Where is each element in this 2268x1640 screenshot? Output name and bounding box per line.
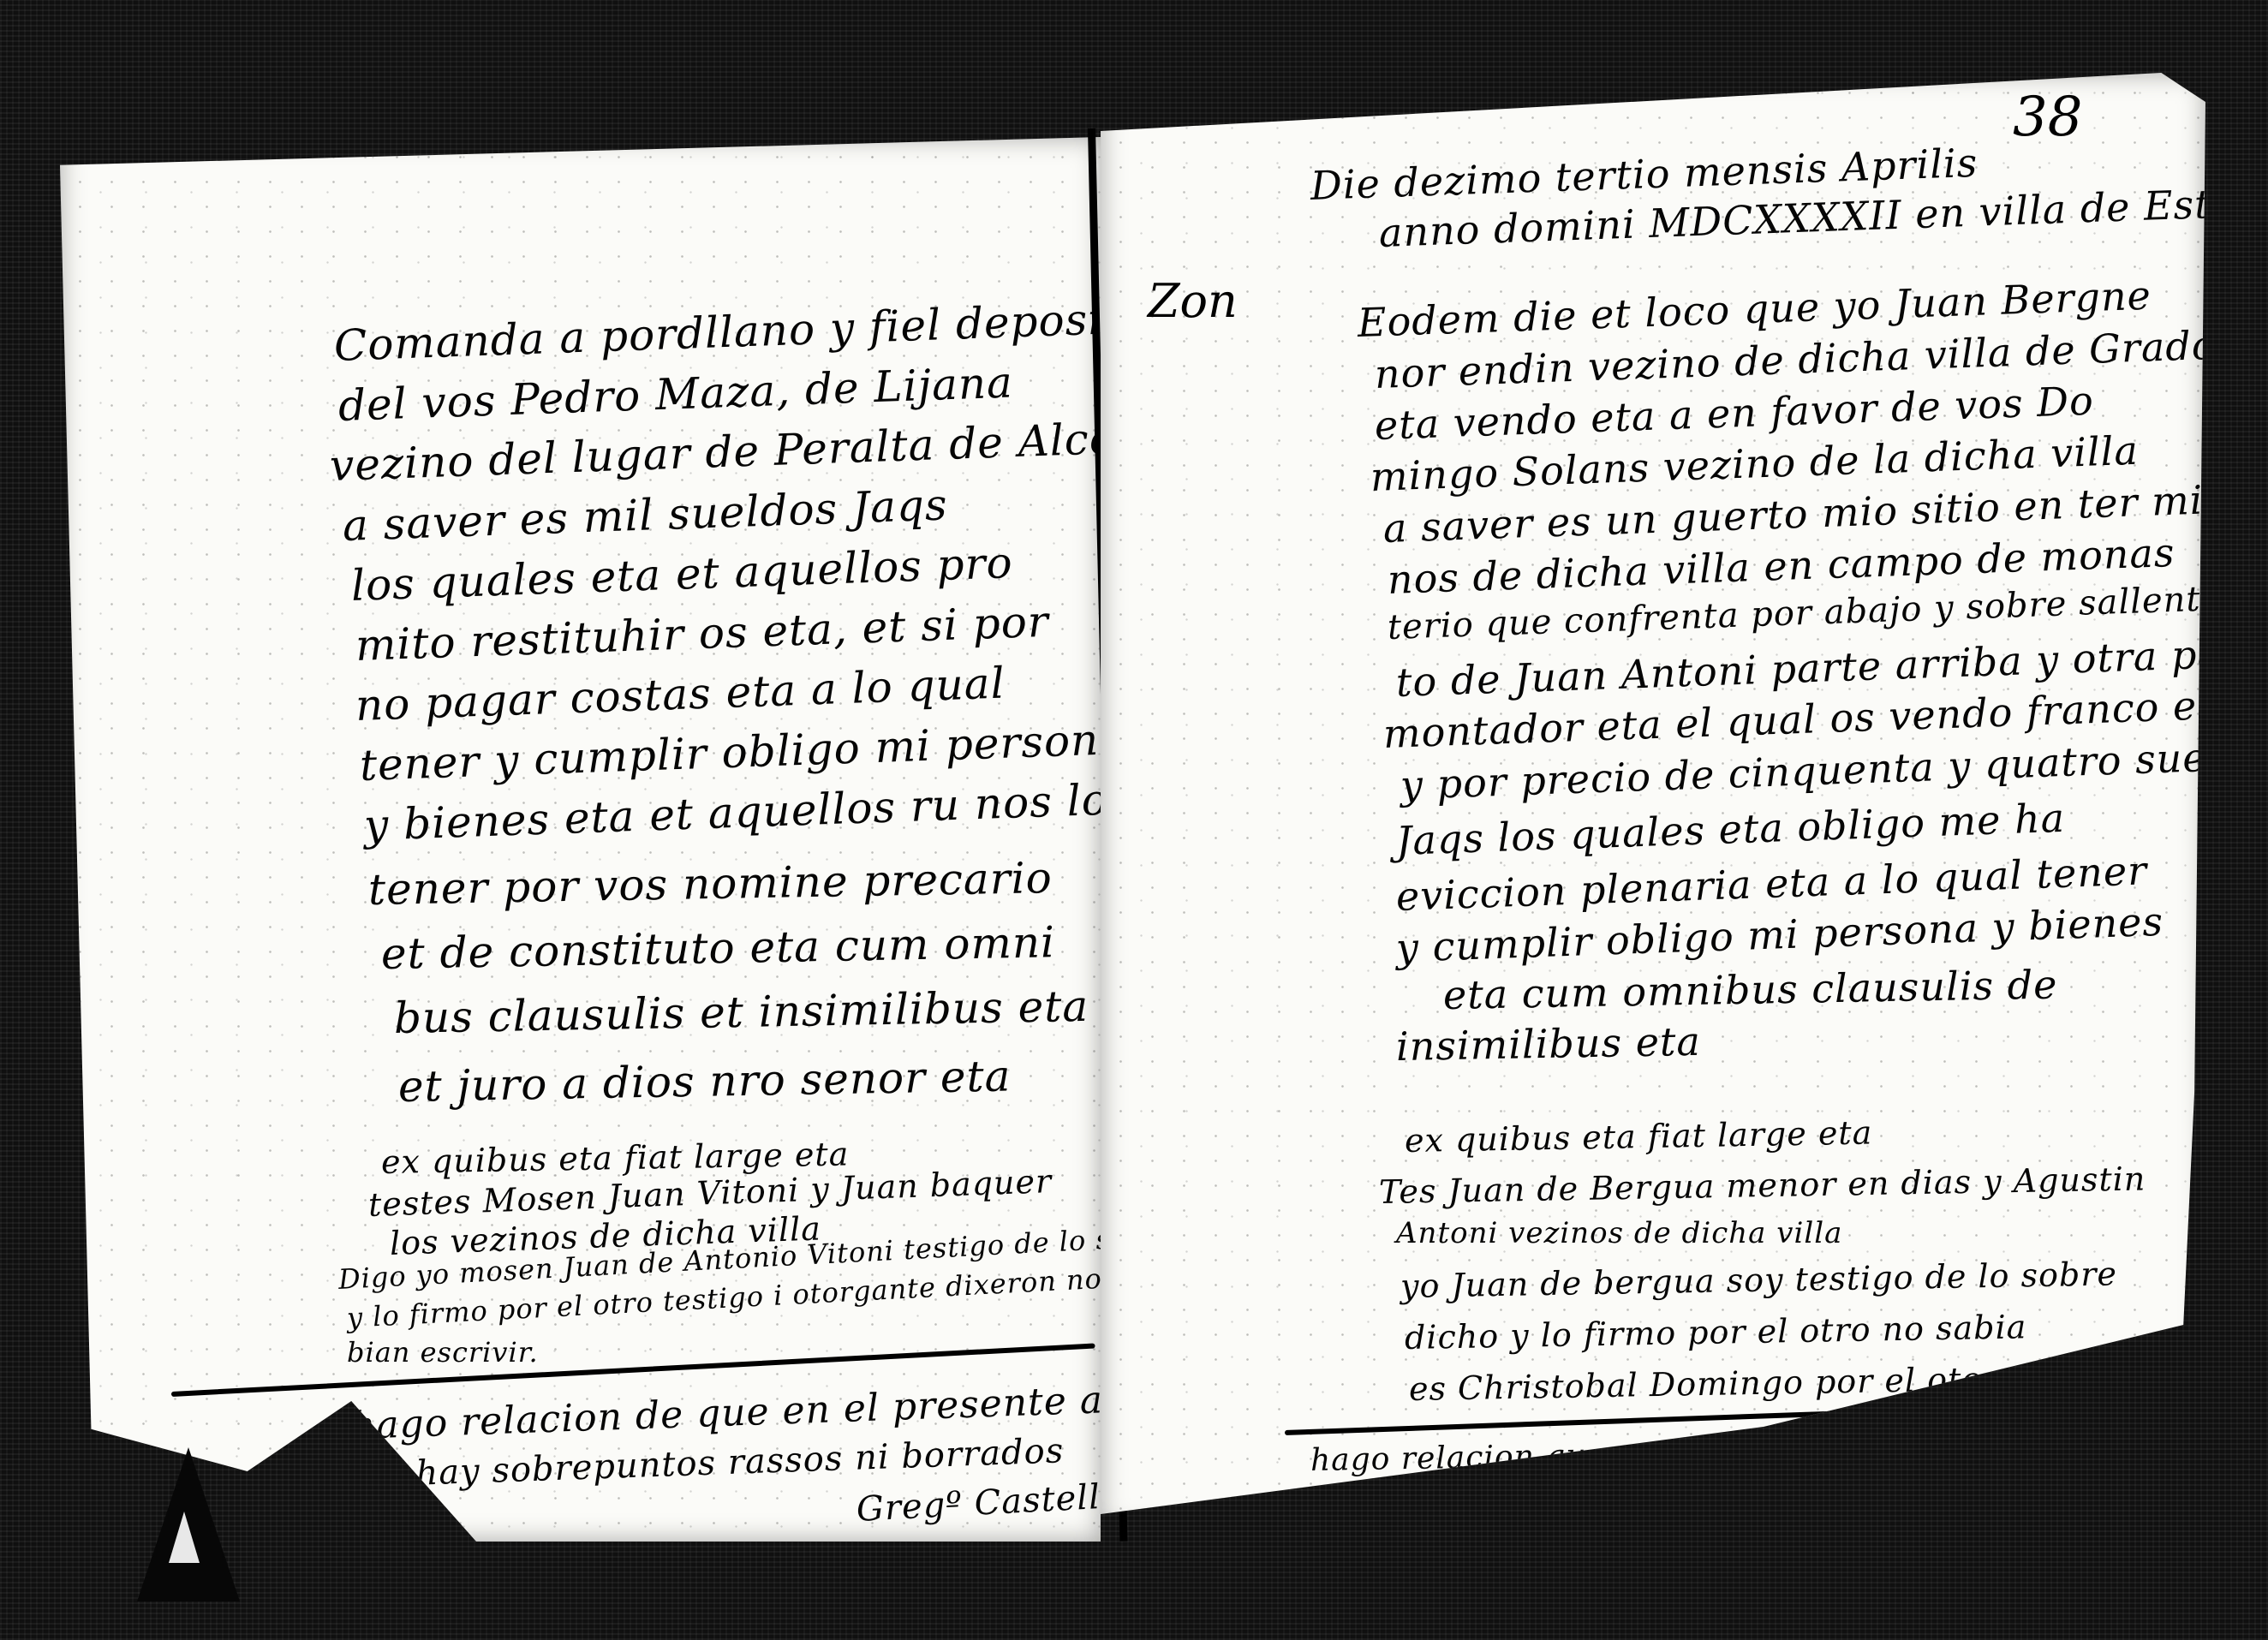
right-page: Die dezimo tertio mensis Aprilis anno do…	[1101, 73, 2205, 1529]
left-body-line: bus clausulis et insimilibus eta	[393, 981, 1089, 1043]
right-closing-line: dicho y lo firmo por el otro no sabia	[1405, 1308, 2027, 1357]
corner-tab-highlight	[169, 1512, 200, 1563]
right-closing-line: Tes Juan de Bergua menor en dias y Agust…	[1379, 1160, 2146, 1211]
right-body-line: insimilibus eta	[1396, 1018, 1702, 1070]
left-body-line: et de constituto eta cum omni	[380, 917, 1055, 979]
left-body-line: los quales eta et aquellos pro	[350, 538, 1014, 611]
margin-note: Zon	[1148, 274, 1238, 328]
folio-number: 38	[2013, 86, 2082, 149]
right-body-line: eta cum omnibus clausulis de	[1443, 961, 2058, 1018]
left-body-line: a saver es mil sueldos Jaqs	[342, 480, 948, 551]
left-body-line: et juro a dios nro senor eta	[397, 1052, 1011, 1112]
left-body-line: tener por vos nomine precario	[367, 853, 1053, 915]
left-body-line: Comanda a pordllano y fiel deposito	[333, 293, 1148, 371]
left-body-line: del vos Pedro Maza, de Lijana	[337, 358, 1014, 431]
left-closing-line: bian escrivir.	[347, 1336, 539, 1369]
right-closing-line: Antoni vezinos de dicha villa	[1396, 1216, 1842, 1250]
left-body-line: no pagar costas eta a lo qual	[355, 659, 1006, 731]
right-closing-line: ex quibus eta fiat large eta	[1405, 1113, 1873, 1160]
right-closing-line: yo Juan de bergua soy testigo de lo sobr…	[1400, 1255, 2118, 1305]
left-page: Comanda a pordllano y fiel deposito del …	[60, 137, 1101, 1542]
